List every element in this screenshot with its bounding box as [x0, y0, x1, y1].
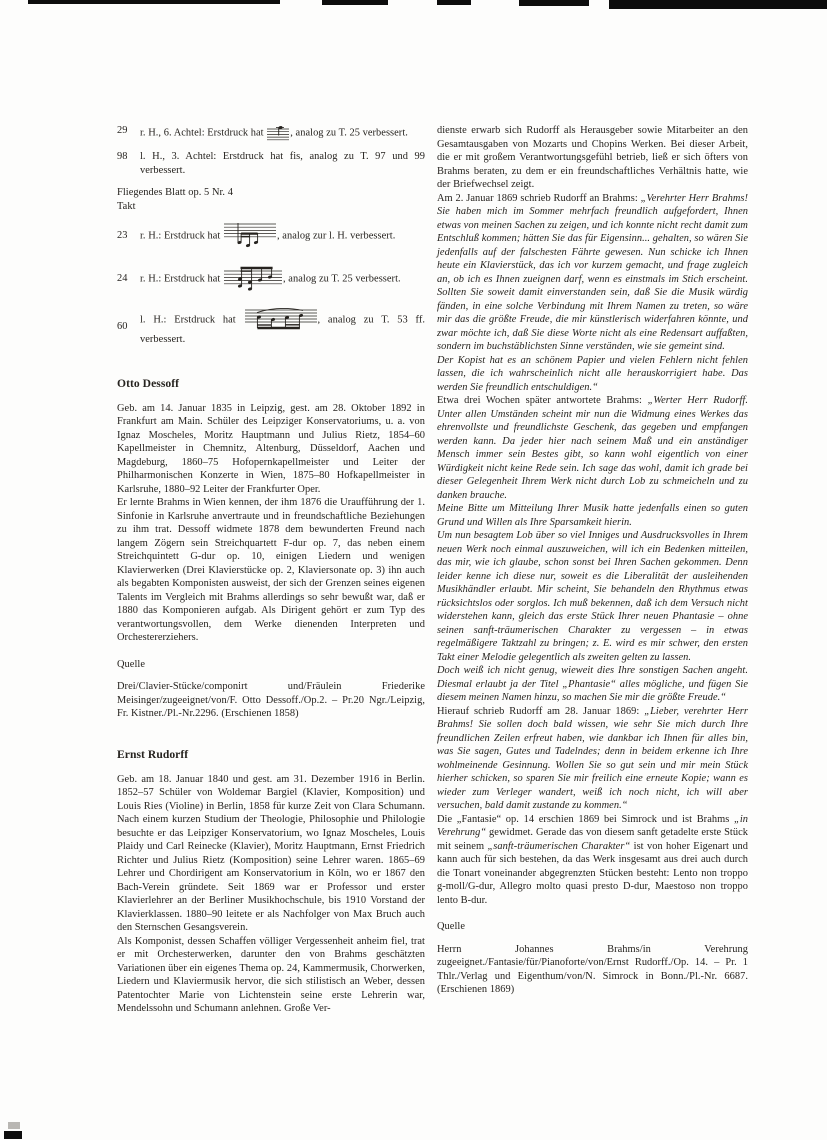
paragraph: Geb. am 14. Januar 1835 in Leipzig, gest… — [117, 402, 425, 497]
body-text: Er lernte Brahms in Wien kennen, der ihm… — [117, 497, 425, 643]
body-text: , analog zu T. 25 verbessert. — [283, 273, 401, 284]
body-text: l. H., 3. Achtel: Erstdruck hat fis, ana… — [140, 151, 425, 176]
body-text: l. H.: Erstdruck hat — [140, 314, 244, 325]
notation-beamed-chords-icon — [224, 263, 282, 295]
paragraph: Die „Fantasie“ op. 14 erschien 1869 bei … — [437, 813, 748, 908]
scan-artifact-bar — [609, 0, 827, 9]
body-text: , analog zu T. 25 verbessert. — [290, 127, 408, 138]
scanned-book-page: 29r. H., 6. Achtel: Erstdruck hat , anal… — [0, 0, 827, 1140]
paragraph: Als Komponist, dessen Schaffen völliger … — [117, 935, 425, 1016]
emendation-item: 23r. H.: Erstdruck hat , analog zur l. H… — [117, 221, 425, 251]
text-line: Fliegendes Blatt op. 5 Nr. 4 — [117, 186, 425, 200]
quoted-letter-text: „Werter Herr Rudorff. Unter allen Umstän… — [437, 395, 748, 501]
paragraph: Etwa drei Wochen später antwortete Brahm… — [437, 394, 748, 502]
paragraph: Meine Bitte um Mitteilung Ihrer Musik ha… — [437, 502, 748, 529]
measure-number: 60 — [117, 320, 140, 334]
source-label: Quelle — [437, 920, 748, 934]
notation-note-above-staff-icon — [267, 124, 289, 142]
quoted-letter-text: „Lieber, verehrter Herr Brahms! Sie soll… — [437, 706, 748, 812]
measure-number: 23 — [117, 229, 140, 243]
quoted-letter-text: „sanft-träumerischen Charakter“ — [487, 841, 630, 852]
quoted-letter-text: Der Kopist hat es an schönem Papier und … — [437, 355, 748, 393]
source-citation: Herrn Johannes Brahms/in Verehrung zugee… — [437, 943, 748, 997]
paragraph: Doch weiß ich nicht genug, wieweit dies … — [437, 664, 748, 705]
body-text: Geb. am 14. Januar 1835 in Leipzig, gest… — [117, 403, 425, 495]
quoted-letter-text: „Verehrter Herr Brahms! Sie haben mich i… — [437, 193, 748, 353]
notation-beamed-run-with-slur-icon — [245, 307, 317, 333]
body-text: r. H.: Erstdruck hat — [140, 230, 223, 241]
paragraph: Er lernte Brahms in Wien kennen, der ihm… — [117, 496, 425, 645]
left-text-column: 29r. H., 6. Achtel: Erstdruck hat , anal… — [117, 124, 425, 1016]
body-text: Etwa drei Wochen später antwortete Brahm… — [437, 395, 648, 406]
emendation-text: r. H.: Erstdruck hat , analog zu T. 25 v… — [140, 263, 425, 295]
scan-artifact-bar — [519, 0, 589, 6]
body-text: Hierauf schrieb Rudorff am 28. Januar 18… — [437, 706, 644, 717]
right-text-column: dienste erwarb sich Rudorff als Herausge… — [437, 124, 748, 997]
measure-number: 98 — [117, 150, 140, 177]
body-text: Geb. am 18. Januar 1840 und gest. am 31.… — [117, 774, 425, 934]
body-text: Als Komponist, dessen Schaffen völliger … — [117, 936, 425, 1015]
quoted-letter-text: Meine Bitte um Mitteilung Ihrer Musik ha… — [437, 503, 748, 528]
quoted-letter-text: Um nun besagtem Lob über so viel Inniges… — [437, 530, 748, 663]
emendation-text: l. H., 3. Achtel: Erstdruck hat fis, ana… — [140, 150, 425, 177]
text-line: Takt — [117, 200, 425, 214]
emendation-item: 60l. H.: Erstdruck hat , analog zu T. 53… — [117, 307, 425, 347]
body-text: Am 2. Januar 1869 schrieb Rudorff an Bra… — [437, 193, 641, 204]
emendation-text: l. H.: Erstdruck hat , analog zu T. 53 f… — [140, 307, 425, 347]
paragraph: Um nun besagtem Lob über so viel Inniges… — [437, 529, 748, 664]
scan-artifact-bar — [437, 0, 471, 5]
scan-artifact-bar — [322, 0, 388, 5]
measure-number: 29 — [117, 124, 140, 142]
scan-artifact-bar — [28, 0, 280, 4]
body-text: , analog zur l. H. verbessert. — [277, 230, 395, 241]
paragraph: Hierauf schrieb Rudorff am 28. Januar 18… — [437, 705, 748, 813]
body-text: Die „Fantasie“ op. 14 erschien 1869 bei … — [437, 814, 734, 825]
emendation-text: r. H.: Erstdruck hat , analog zur l. H. … — [140, 221, 425, 251]
measure-number: 24 — [117, 272, 140, 286]
quoted-letter-text: Doch weiß ich nicht genug, wieweit dies … — [437, 665, 748, 703]
section-heading: Ernst Rudorff — [117, 748, 425, 761]
paragraph: Der Kopist hat es an schönem Papier und … — [437, 354, 748, 395]
section-heading: Otto Dessoff — [117, 377, 425, 390]
emendation-text: r. H., 6. Achtel: Erstdruck hat , analog… — [140, 124, 425, 142]
paragraph: dienste erwarb sich Rudorff als Herausge… — [437, 124, 748, 192]
paragraph: Am 2. Januar 1869 schrieb Rudorff an Bra… — [437, 192, 748, 354]
paragraph: Geb. am 18. Januar 1840 und gest. am 31.… — [117, 773, 425, 935]
scan-artifact-mark — [8, 1122, 20, 1129]
notation-beamed-group-below-staff-icon — [224, 221, 276, 251]
body-text: r. H., 6. Achtel: Erstdruck hat — [140, 127, 266, 138]
emendation-item: 98l. H., 3. Achtel: Erstdruck hat fis, a… — [117, 150, 425, 177]
emendation-item: 29r. H., 6. Achtel: Erstdruck hat , anal… — [117, 124, 425, 142]
emendation-item: 24r. H.: Erstdruck hat , analog zu T. 25… — [117, 263, 425, 295]
body-text: dienste erwarb sich Rudorff als Herausge… — [437, 125, 748, 190]
scan-artifact-mark — [4, 1131, 22, 1139]
source-label: Quelle — [117, 658, 425, 672]
source-citation: Drei/Clavier-Stücke/componirt und/Fräule… — [117, 680, 425, 721]
body-text: r. H.: Erstdruck hat — [140, 273, 223, 284]
